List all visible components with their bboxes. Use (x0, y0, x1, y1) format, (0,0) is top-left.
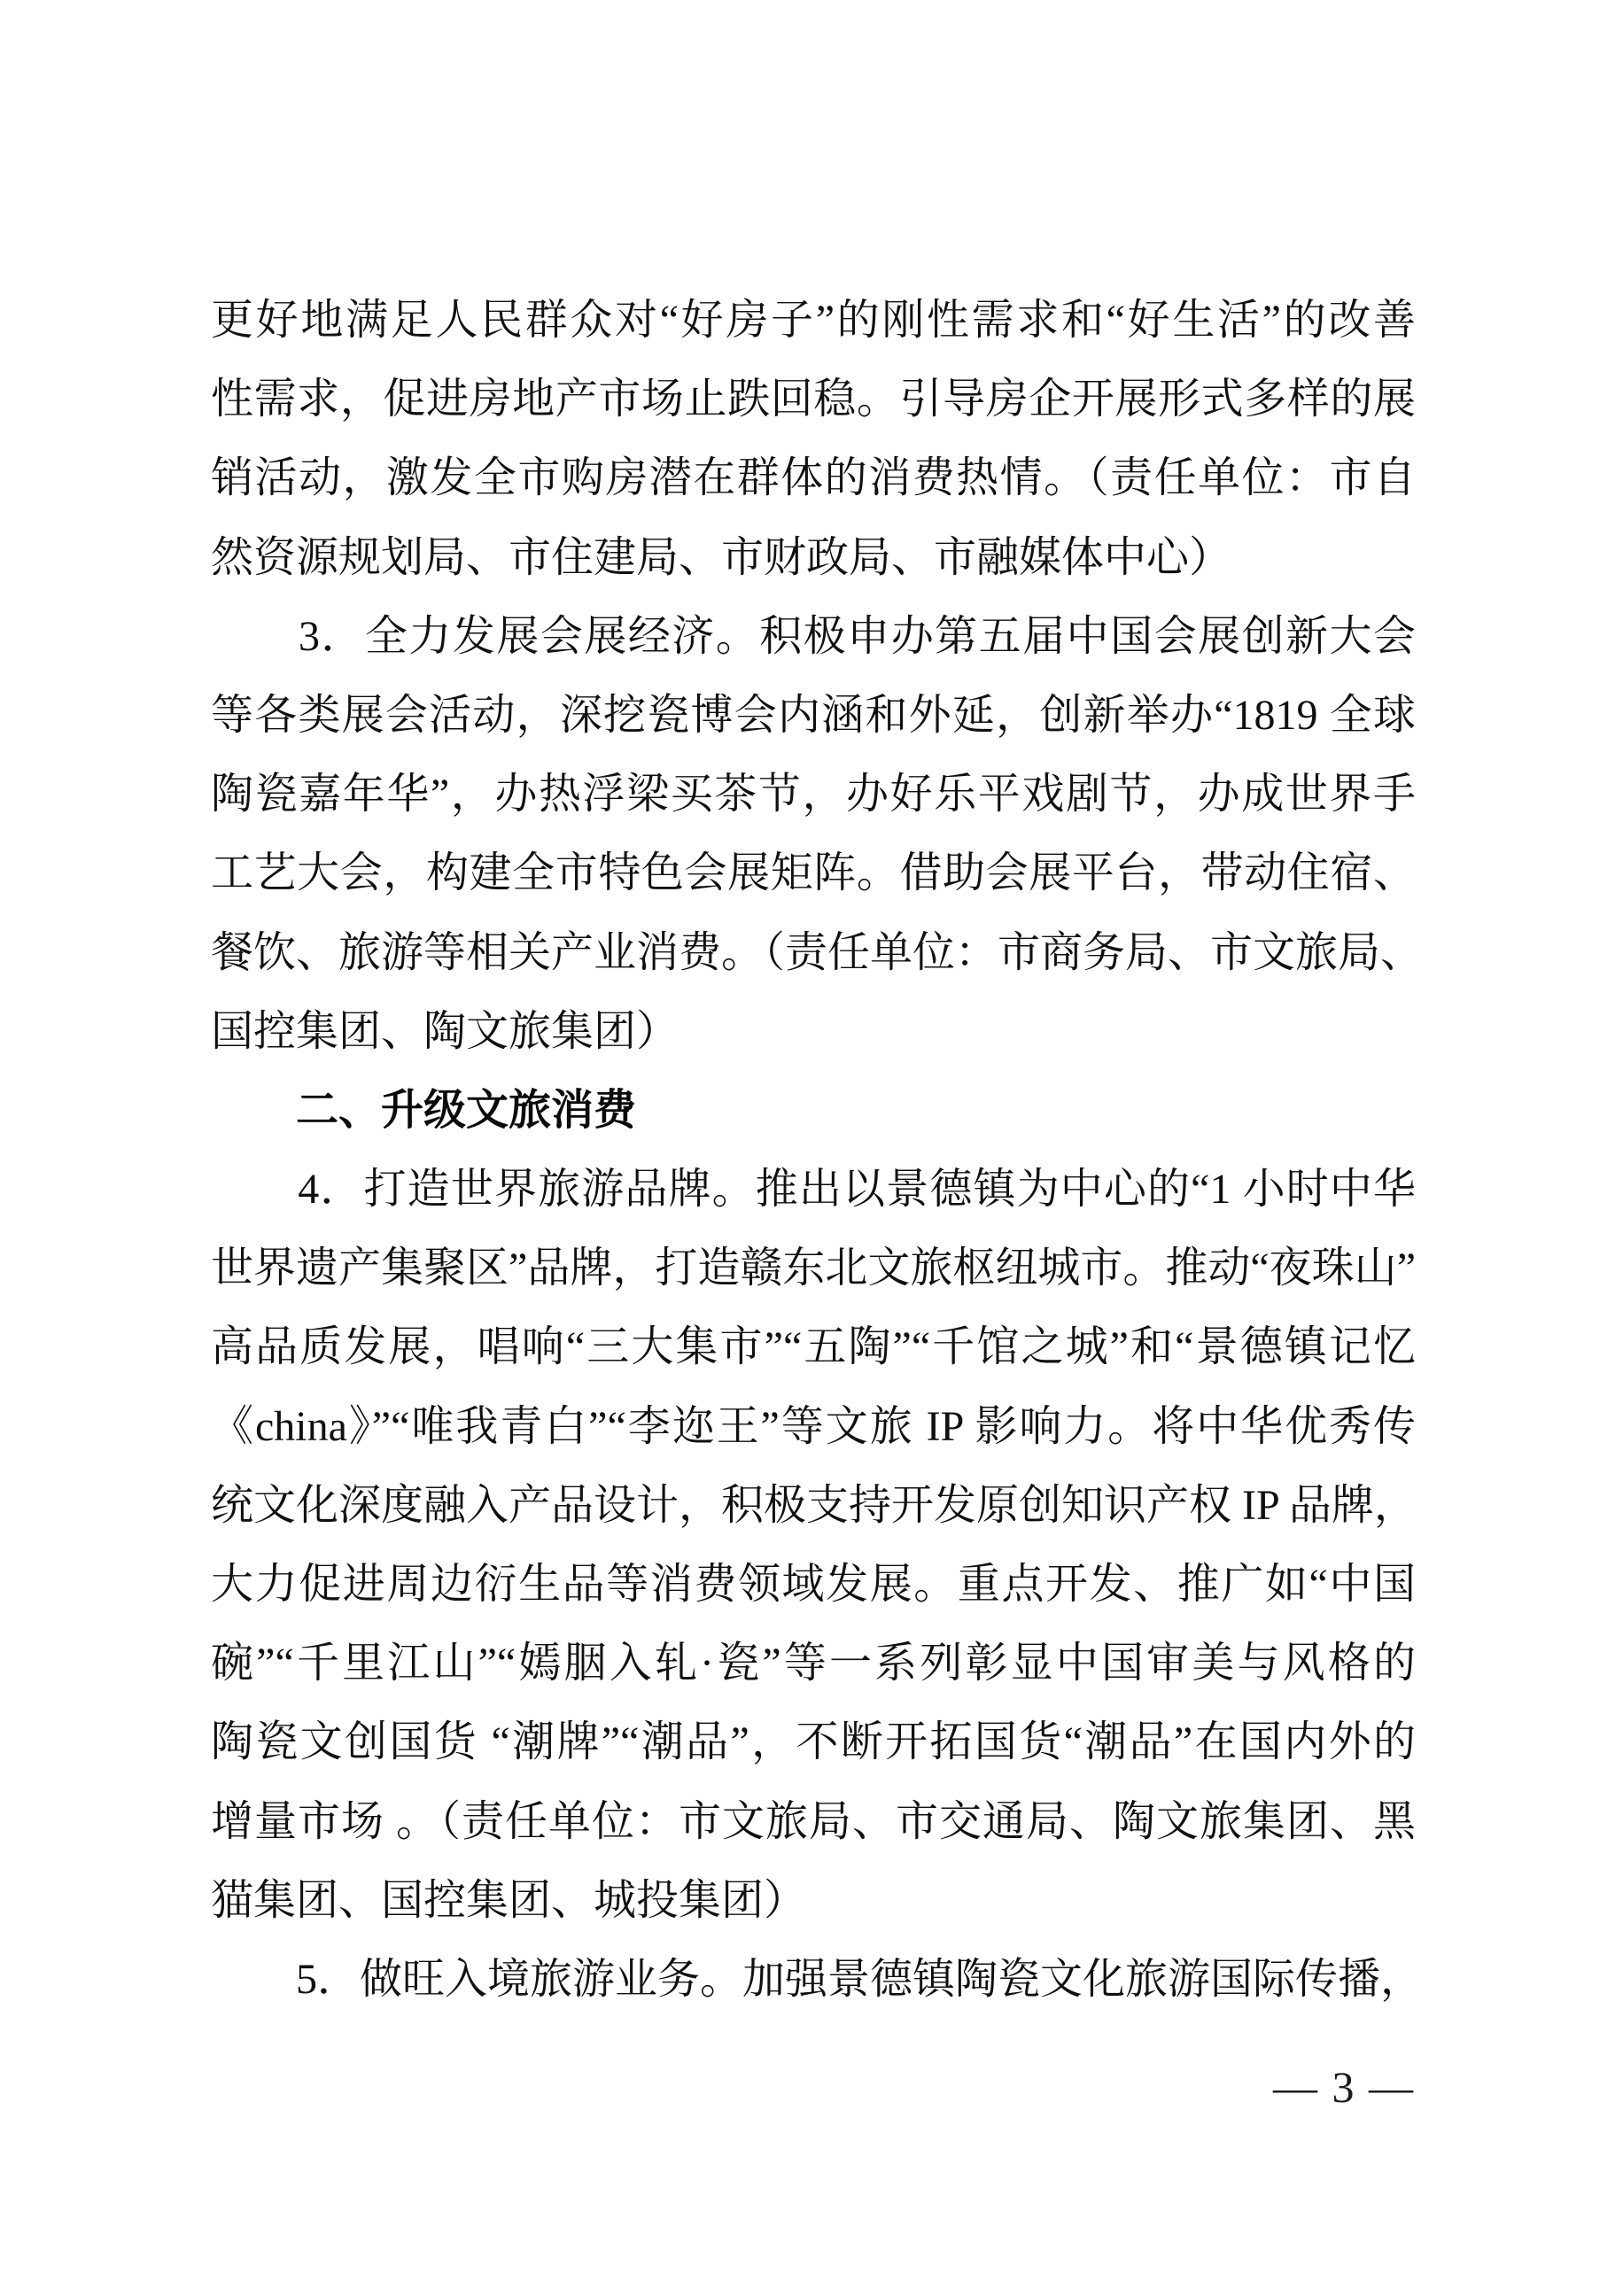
text-line: 增量市场 。（责任单位：市文旅局、市交通局、陶文旅集团、黑 (211, 1782, 1416, 1861)
text-line: 销活动，激发全市购房潜在群体的消费热情。（责任单位：市自 (211, 438, 1416, 517)
text-line: 更好地满足人民群众对“好房子”的刚性需求和“好生活”的改善 (211, 281, 1416, 360)
text-line: 统文化深度融入产品设计，积极支持开发原创知识产权 IP 品牌， (211, 1466, 1416, 1545)
section-heading: 二、升级文旅消费 (211, 1071, 1416, 1150)
document-text: 更好地满足人民群众对“好房子”的刚性需求和“好生活”的改善性需求，促进房地产市场… (211, 281, 1416, 2019)
text-line: 高品质发展，唱响“三大集市”“五陶”“千馆之城”和“景德镇记忆 (211, 1307, 1416, 1386)
text-line: 等各类展会活动，深挖瓷博会内涵和外延，创新举办“1819 全球 (211, 676, 1416, 755)
document-page: 更好地满足人民群众对“好房子”的刚性需求和“好生活”的改善性需求，促进房地产市场… (0, 0, 1623, 2296)
text-line: 工艺大会，构建全市特色会展矩阵。借助会展平台，带动住宿、 (211, 834, 1416, 912)
text-line: 3．全力发展会展经济。积极申办第五届中国会展创新大会 (211, 597, 1416, 676)
text-line: 《china》”“唯我青白”“李迩王”等文旅 IP 影响力。将中华优秀传 (211, 1387, 1416, 1466)
text-line: 陶瓷嘉年华”，办热浮梁买茶节，办好乐平戏剧节，办成世界手 (211, 755, 1416, 834)
text-line: 世界遗产集聚区”品牌，打造赣东北文旅枢纽城市。推动“夜珠山” (211, 1229, 1416, 1307)
text-line: 陶瓷文创国货 “潮牌”“潮品”，不断开拓国货“潮品”在国内外的 (211, 1703, 1416, 1781)
text-line: 4．打造世界旅游品牌。推出以景德镇为中心的“1 小时中华 (211, 1150, 1416, 1229)
text-line: 国控集团、陶文旅集团） (211, 992, 1416, 1071)
text-line: 性需求，促进房地产市场止跌回稳。引导房企开展形式多样的展 (211, 360, 1416, 438)
text-line: 大力促进周边衍生品等消费领域发展。重点开发、推广如“中国 (211, 1545, 1416, 1624)
page-number: — 3 — (1273, 2062, 1415, 2112)
text-line: 餐饮、旅游等相关产业消费。（责任单位：市商务局、市文旅局、 (211, 913, 1416, 992)
text-line: 然资源规划局、市住建局、市财政局、市融媒体中心） (211, 518, 1416, 597)
text-line: 碗”“千里江山”“嫣胭入轧·瓷”等一系列彰显中国审美与风格的 (211, 1624, 1416, 1703)
text-line: 猫集团、国控集团、城投集团） (211, 1861, 1416, 1940)
text-line: 5．做旺入境旅游业务。加强景德镇陶瓷文化旅游国际传播， (211, 1940, 1416, 2019)
